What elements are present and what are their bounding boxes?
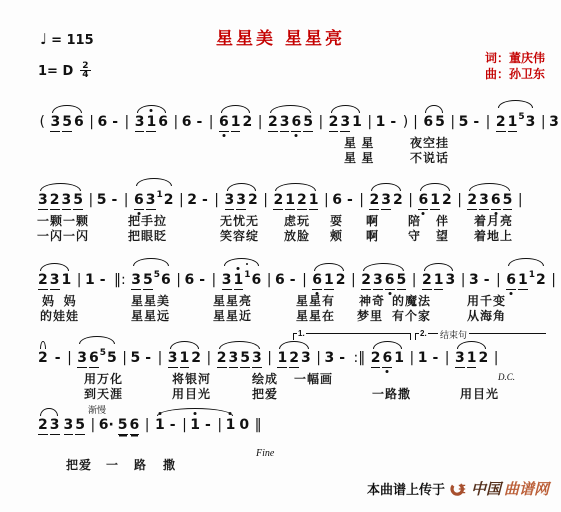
dash: - <box>339 349 345 367</box>
note-group: |1- <box>74 271 109 289</box>
notation-row: 231|1-‖:3556|6-|3116|6-|612|2365|213|3-|… <box>36 266 559 290</box>
barline: | <box>176 271 181 289</box>
note: 6· <box>99 416 114 434</box>
note: 2 <box>393 191 403 209</box>
note: 3 <box>469 271 479 289</box>
note: 1 <box>418 349 428 367</box>
note: 5 <box>397 271 407 290</box>
note-group: |6-| <box>87 113 132 131</box>
dash: - <box>347 191 353 209</box>
note: 6 <box>332 191 342 209</box>
dash: - <box>199 271 205 289</box>
note-group: -| <box>51 349 75 367</box>
dash: - <box>390 113 396 131</box>
composer-credit: 曲：孙卫东 <box>485 66 545 82</box>
note: 2 <box>38 349 48 367</box>
note: 6 <box>134 191 144 210</box>
note: 6 <box>182 113 192 131</box>
note: 5 <box>107 349 117 367</box>
lyric-syllable: 撒 <box>163 456 176 473</box>
dash: - <box>196 113 202 131</box>
note: 2 <box>361 271 371 290</box>
dash: - <box>473 113 479 131</box>
note: 2 <box>50 191 60 210</box>
score-annotation: 渐慢 <box>88 403 106 416</box>
note: 5 <box>97 191 107 209</box>
lyric-syllable: 把眼眨 <box>128 227 167 244</box>
note: 3 <box>373 271 383 290</box>
volta-bracket: 2.结束句 <box>415 333 546 340</box>
barline: | <box>496 271 501 289</box>
key-signature: 1= D24 <box>38 62 91 79</box>
lyric-syllable: 有个家 <box>392 307 431 324</box>
note-group: |6-| <box>171 113 216 131</box>
dash: - <box>100 271 106 289</box>
slur-group: 123 <box>276 349 311 368</box>
slur-group: 231 <box>37 271 72 290</box>
barline: | <box>207 349 212 367</box>
note: 3 <box>131 271 141 290</box>
note: 1 <box>155 416 165 434</box>
volta-bracket: 1. <box>293 333 411 340</box>
slur-group: 3655 <box>76 344 118 368</box>
barline: | <box>450 113 455 131</box>
note-group: | <box>491 349 501 367</box>
volta-label: 1. <box>297 329 306 338</box>
note: 2 <box>164 191 174 209</box>
barline: | <box>179 191 184 209</box>
note: 1 <box>62 271 72 289</box>
note: 5 <box>459 113 469 131</box>
lyric-syllable: 不说话 <box>410 149 449 166</box>
time-numerator: 2 <box>80 62 90 70</box>
credits: 词：董庆伟 曲：孙卫东 <box>485 50 545 82</box>
slur-group: 2153 <box>495 108 537 132</box>
note: 5 <box>118 416 128 435</box>
slur-group: 2365 <box>267 113 314 132</box>
music-system-4: 2-|3655|5-|312|2353|123|3-:‖261|1-|312|用… <box>0 332 561 410</box>
note: 3 <box>301 349 311 367</box>
barline: | <box>318 113 323 131</box>
note: 6 <box>161 271 171 289</box>
dash: - <box>432 349 438 367</box>
slur-group: 231 <box>328 113 363 132</box>
slur-group: 2121 <box>272 191 319 210</box>
note: 3 <box>252 349 262 368</box>
slur-group: 356 <box>49 113 84 132</box>
dash: - <box>112 113 118 131</box>
lyric-syllable: 啊 <box>366 227 379 244</box>
note: 1 <box>180 349 190 368</box>
lyric-syllable: 一路撒 <box>372 385 411 402</box>
slur-group: 312 <box>454 349 489 368</box>
barline: | <box>217 416 222 434</box>
barline: | <box>494 349 499 367</box>
barline: | <box>413 113 418 131</box>
note-group: |5-| <box>120 349 165 367</box>
barline: | <box>541 113 546 131</box>
dash: - <box>484 271 490 289</box>
barline: | <box>367 113 372 131</box>
note: 3 <box>64 416 74 435</box>
barline: | <box>359 191 364 209</box>
note: 5 <box>143 271 153 290</box>
note: 3 <box>455 349 465 368</box>
note: 6 <box>130 416 140 435</box>
note: 2 <box>38 416 48 435</box>
note: 1 <box>467 349 477 368</box>
note: 1 <box>285 191 295 210</box>
note-group: |3-| <box>458 271 503 289</box>
score-annotation: Fine <box>256 448 274 459</box>
lyric-syllable: 星星近 <box>213 307 252 324</box>
note-group: | <box>349 271 359 289</box>
note: 5 <box>73 191 83 210</box>
barline: | <box>214 191 219 209</box>
slur-group: 261 <box>370 349 405 368</box>
barline: | <box>302 271 307 289</box>
note: 1 <box>146 113 156 132</box>
lyric-syllable: 把爱 <box>66 456 92 473</box>
note-group: 35 <box>63 416 87 435</box>
ending-phrase-label: 结束句 <box>438 328 469 341</box>
note-group: | <box>261 191 271 209</box>
barline: | <box>158 349 163 367</box>
notation-row: 2335|6·56|1-|1-|10‖ <box>36 416 265 435</box>
note-group: |1-)| <box>365 113 420 131</box>
lyric-syllable: 把爱 <box>252 385 278 402</box>
note: 1 <box>226 416 236 434</box>
note: 3 <box>479 191 489 210</box>
barline: | <box>209 113 214 131</box>
barline: | <box>173 113 178 131</box>
note-group: | <box>409 271 419 289</box>
note: 6 <box>506 271 516 290</box>
slur-group: 332 <box>224 191 259 210</box>
barline: ( <box>40 113 45 131</box>
note-group: 0 <box>238 416 250 434</box>
note: 3 <box>62 191 72 210</box>
note: 2 <box>289 349 299 368</box>
slur-group: 612 <box>417 191 452 210</box>
note: 6 <box>382 349 392 368</box>
note-group: ‖ <box>252 416 264 434</box>
site-logo-icon <box>450 481 466 497</box>
slur-group: 2365 <box>466 191 513 210</box>
note: 3 <box>381 191 391 210</box>
music-system-2: 3235|5-|6312|2-|332|2121|6-|232|612|2365… <box>0 174 561 252</box>
note-group: |2-| <box>177 191 222 209</box>
note: 2 <box>442 191 452 209</box>
barline: | <box>212 271 217 289</box>
note: 5 <box>62 113 72 132</box>
lyric-syllable: 一幅画 <box>294 370 333 387</box>
note: 1 <box>277 349 287 368</box>
note-group: |6-| <box>321 191 366 209</box>
barline: | <box>351 271 356 289</box>
note: 3 <box>445 271 455 289</box>
barline: | <box>324 191 329 209</box>
note: 2 <box>478 349 488 367</box>
note: 6 <box>74 113 84 131</box>
note: 6 <box>252 271 262 289</box>
slur-group: 2 <box>37 349 49 367</box>
lyric-syllable: 一 <box>106 456 119 473</box>
note: 2 <box>329 113 339 132</box>
lyricist-credit: 词：董庆伟 <box>485 50 545 66</box>
barline: | <box>518 191 523 209</box>
lyric-syllable: 到天涯 <box>84 385 123 402</box>
watermark: 本曲谱上传于 中国 曲谱网 <box>367 478 549 499</box>
barline: | <box>89 191 94 209</box>
note-group: ‖: <box>112 271 129 289</box>
note-group: |3- <box>314 349 349 367</box>
note-group: |6· <box>88 416 115 434</box>
note: 3 <box>225 191 235 210</box>
barline: | <box>145 416 150 434</box>
lyric-syllable: 的娃娃 <box>40 307 79 324</box>
note: 2 <box>273 191 283 210</box>
note: 6 <box>275 271 285 289</box>
barline: | <box>409 349 414 367</box>
note-group: | <box>515 191 525 209</box>
note: 3 <box>50 113 60 132</box>
note: 2 <box>336 271 346 289</box>
note: 1 <box>430 191 440 210</box>
rest: 0 <box>239 416 249 434</box>
note: 1 <box>434 271 444 290</box>
lyric-syllable: 着地上 <box>474 227 513 244</box>
slur-group: 612 <box>311 271 346 290</box>
lyric-syllable: 一闪一闪 <box>37 227 89 244</box>
dash: - <box>205 416 211 434</box>
note: 2 <box>422 271 432 290</box>
barline: :‖ <box>354 349 366 367</box>
note-group: | <box>549 271 559 289</box>
barline: | <box>263 191 268 209</box>
note: 3 <box>38 191 48 210</box>
site-name-prefix: 中国 <box>471 478 501 499</box>
note: 2 <box>248 191 258 209</box>
barline: | <box>445 349 450 367</box>
slur-group: 316 <box>134 113 169 132</box>
slur-group: 23 <box>37 416 61 435</box>
note-group: 56 <box>117 416 141 435</box>
slur-group: 6312 <box>133 186 175 210</box>
note: 2 <box>217 349 227 368</box>
note: 3 <box>135 113 145 132</box>
note: 6 <box>89 349 99 368</box>
lyric-syllable: 星星远 <box>131 307 170 324</box>
note: 2 <box>38 271 48 290</box>
slur-group: 1-|1-|1 <box>154 416 236 434</box>
note-group: | <box>406 191 416 209</box>
barline: | <box>267 271 272 289</box>
barline: | <box>486 113 491 131</box>
note: 3 <box>77 349 87 368</box>
barline: | <box>182 416 187 434</box>
note-group: |3-| <box>538 113 561 131</box>
note: 1 <box>394 349 404 367</box>
sheet-music-page: ♩= 115 1= D24 星星美 星星亮 词：董庆伟 曲：孙卫东 (356|6… <box>0 0 561 512</box>
key-label: 1= D <box>38 64 73 79</box>
notation-row: 2-|3655|5-|312|2353|123|3-:‖261|1-|312| <box>36 344 502 368</box>
note-group: | <box>204 349 214 367</box>
site-name-suffix: 曲谱网 <box>504 478 549 499</box>
slur-group: 65 <box>422 113 446 131</box>
dash: - <box>170 416 176 434</box>
barline: | <box>91 416 96 434</box>
barline: | <box>316 349 321 367</box>
grace-note: 5 <box>100 344 106 362</box>
slur-group: 312 <box>167 349 202 368</box>
grace-note: 1 <box>157 186 163 204</box>
lyric-syllable: 望 <box>436 227 449 244</box>
lyric-syllable: 星星在 <box>296 307 335 324</box>
note: 1 <box>518 271 528 290</box>
grace-note: 1 <box>529 266 535 284</box>
note: 2 <box>297 191 307 210</box>
note-group: |1-| <box>407 349 452 367</box>
note: 6 <box>219 113 229 132</box>
volta-label: 2. <box>419 329 428 338</box>
note-group: |5-| <box>86 191 131 209</box>
slur-group: 3556 <box>130 266 172 290</box>
note: 2 <box>242 113 252 131</box>
slur-group: 3116 <box>221 266 263 290</box>
note: 6 <box>312 271 322 290</box>
note: 6 <box>418 191 428 210</box>
note: 5 <box>75 416 85 435</box>
note: 1 <box>508 113 518 132</box>
music-system-1: (356|6-|316|6-|612|2365|231|1-)|65|5-|21… <box>0 96 561 174</box>
note: 6 <box>491 191 501 210</box>
note-group: | <box>265 349 275 367</box>
upload-text: 本曲谱上传于 <box>367 479 445 498</box>
note: 3 <box>549 113 559 131</box>
note-group: | <box>316 113 326 131</box>
note: 1 <box>234 271 244 290</box>
lyric-syllable: 路 <box>134 456 147 473</box>
note: 2 <box>536 271 546 289</box>
note: 1 <box>190 416 200 434</box>
lyric-syllable: 颊 <box>330 227 343 244</box>
note-group: | <box>455 191 465 209</box>
slur-group: 232 <box>368 191 403 210</box>
barline: | <box>412 271 417 289</box>
lyric-syllable: 笑容绽 <box>220 227 259 244</box>
grace-note: 5 <box>518 108 524 126</box>
note: 5 <box>240 349 250 368</box>
lyric-syllable: 星 星 <box>344 149 374 166</box>
note: 6 <box>184 271 194 289</box>
lyric-syllable: 从海角 <box>467 307 506 324</box>
note: 1 <box>85 271 95 289</box>
notation-row: (356|6-|316|6-|612|2365|231|1-)|65|5-|21… <box>36 108 561 132</box>
note: 2 <box>268 113 278 132</box>
barline: | <box>457 191 462 209</box>
dash: - <box>145 349 151 367</box>
note-group: | <box>142 416 152 434</box>
note: 6 <box>158 113 168 131</box>
note: 3 <box>50 271 60 290</box>
barline: | <box>551 271 556 289</box>
note: 3 <box>222 271 232 290</box>
note: 1 <box>376 113 386 131</box>
note-group: | <box>255 113 265 131</box>
note: 1 <box>309 191 319 210</box>
barline: | <box>67 349 72 367</box>
note: 2 <box>191 349 201 367</box>
barline: | <box>122 349 127 367</box>
note: 3 <box>168 349 178 368</box>
barline: | <box>408 191 413 209</box>
note: 3 <box>526 113 536 131</box>
barline: ‖: <box>114 271 126 289</box>
note: 3 <box>229 349 239 368</box>
dash: - <box>290 271 296 289</box>
dash: - <box>111 191 117 209</box>
slur-group: 2365 <box>360 271 407 290</box>
note: 6 <box>97 113 107 131</box>
note: 1 <box>352 113 362 131</box>
barline: | <box>125 113 130 131</box>
lyric-syllable: 用目光 <box>172 385 211 402</box>
slur-group: 3235 <box>37 191 84 210</box>
note: 5 <box>131 349 141 367</box>
barline: ‖ <box>255 416 262 434</box>
note: 5 <box>435 113 445 131</box>
note: 2 <box>369 191 379 210</box>
note: 5 <box>503 191 513 210</box>
lyric-syllable: 梦里 <box>357 307 383 324</box>
time-denominator: 4 <box>80 70 90 79</box>
barline: | <box>267 349 272 367</box>
note-group: ( <box>37 113 47 131</box>
note: 3 <box>236 191 246 210</box>
lyric-syllable: 用目光 <box>460 385 499 402</box>
grace-note: 5 <box>154 266 160 284</box>
dash: - <box>202 191 208 209</box>
music-system-3: 231|1-‖:3556|6-|3116|6-|612|2365|213|3-|… <box>0 254 561 332</box>
barline: ) <box>403 113 408 131</box>
note: 2 <box>187 191 197 209</box>
slur-group: 6112 <box>505 266 547 290</box>
note: 6 <box>423 113 433 131</box>
note-group: |6-| <box>264 271 309 289</box>
note-group: |5-| <box>448 113 493 131</box>
lyric-syllable: 守 <box>408 227 421 244</box>
barline: | <box>77 271 82 289</box>
song-title: 星星美 星星亮 <box>0 24 561 49</box>
barline: | <box>258 113 263 131</box>
note: 6 <box>385 271 395 290</box>
slur-group: 612 <box>218 113 253 132</box>
note: 1 <box>231 113 241 132</box>
barline: | <box>461 271 466 289</box>
score-annotation: D.C. <box>498 372 515 382</box>
note: 2 <box>467 191 477 210</box>
note-group: :‖ <box>351 349 368 367</box>
note: 3 <box>50 416 60 435</box>
dash: - <box>55 349 61 367</box>
note: 2 <box>496 113 506 132</box>
notation-row: 3235|5-|6312|2-|332|2121|6-|232|612|2365… <box>36 186 526 210</box>
slur-group: 2353 <box>216 349 263 368</box>
slur-group: 213 <box>421 271 456 290</box>
note: 5 <box>303 113 313 132</box>
note: 3 <box>146 191 156 210</box>
